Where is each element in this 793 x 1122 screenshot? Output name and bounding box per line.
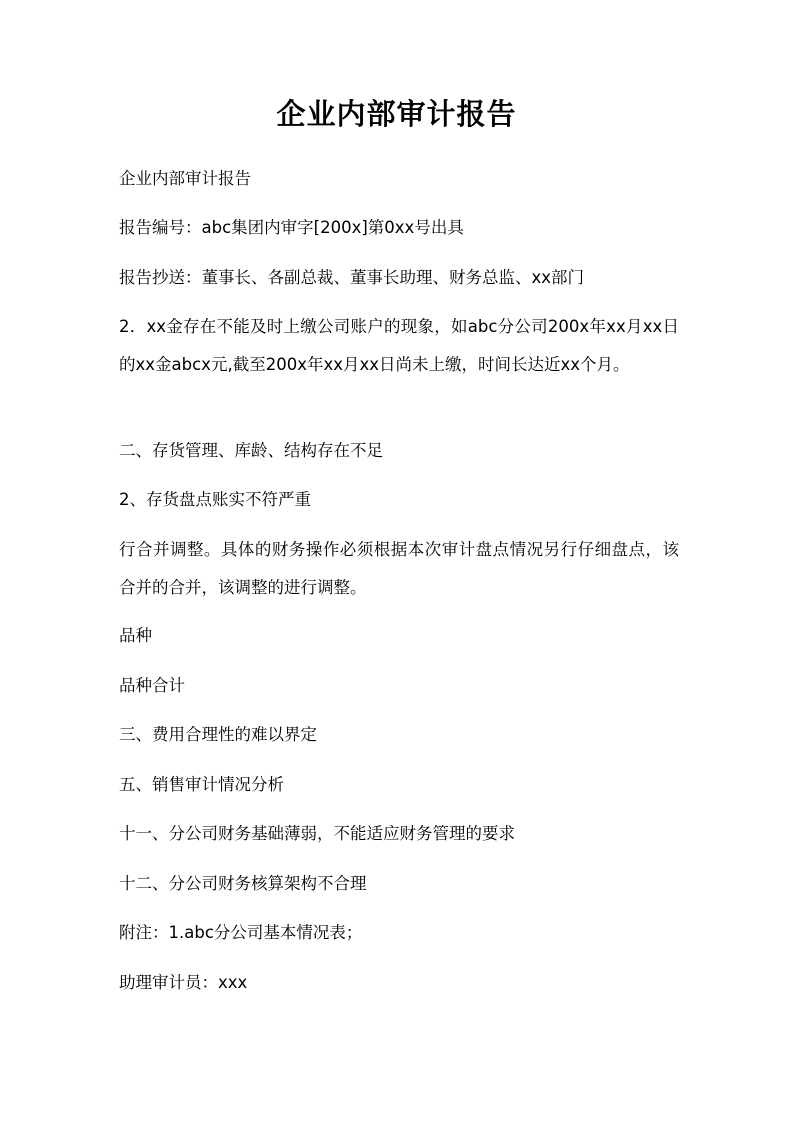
heading-branch-finance-weak: 十一、分公司财务基础薄弱，不能适应财务管理的要求 (119, 815, 679, 853)
heading-branch-accounting-structure: 十二、分公司财务核算架构不合理 (119, 865, 679, 903)
document-page: 企业内部审计报告 企业内部审计报告 报告编号：abc集团内审字[200x]第0x… (0, 0, 793, 1122)
document-title: 企业内部审计报告 (0, 94, 793, 134)
paragraph-report-cc: 报告抄送：董事长、各副总裁、董事长助理、财务总监、xx部门 (119, 259, 679, 297)
paragraph-variety-total: 品种合计 (119, 667, 679, 705)
paragraph-appendix-note: 附注：1.abc分公司基本情况表； (119, 914, 679, 952)
paragraph-assistant-auditor: 助理审计员：xxx (119, 964, 679, 1002)
paragraph-deposit-issue: 2．xx金存在不能及时上缴公司账户的现象，如abc分公司200x年xx月xx日的… (119, 308, 679, 422)
heading-inventory-management: 二、存货管理、库龄、结构存在不足 (119, 432, 679, 470)
heading-inventory-count: 2、存货盘点账实不符严重 (119, 481, 679, 519)
paragraph-report-number: 报告编号：abc集团内审字[200x]第0xx号出具 (119, 209, 679, 247)
paragraph-subtitle: 企业内部审计报告 (119, 160, 679, 198)
paragraph-variety: 品种 (119, 617, 679, 655)
heading-expense-reasonableness: 三、费用合理性的难以界定 (119, 716, 679, 754)
heading-sales-audit: 五、销售审计情况分析 (119, 766, 679, 804)
paragraph-adjustment: 行合并调整。具体的财务操作必须根据本次审计盘点情况另行仔细盘点，该合并的合并，该… (119, 531, 679, 607)
